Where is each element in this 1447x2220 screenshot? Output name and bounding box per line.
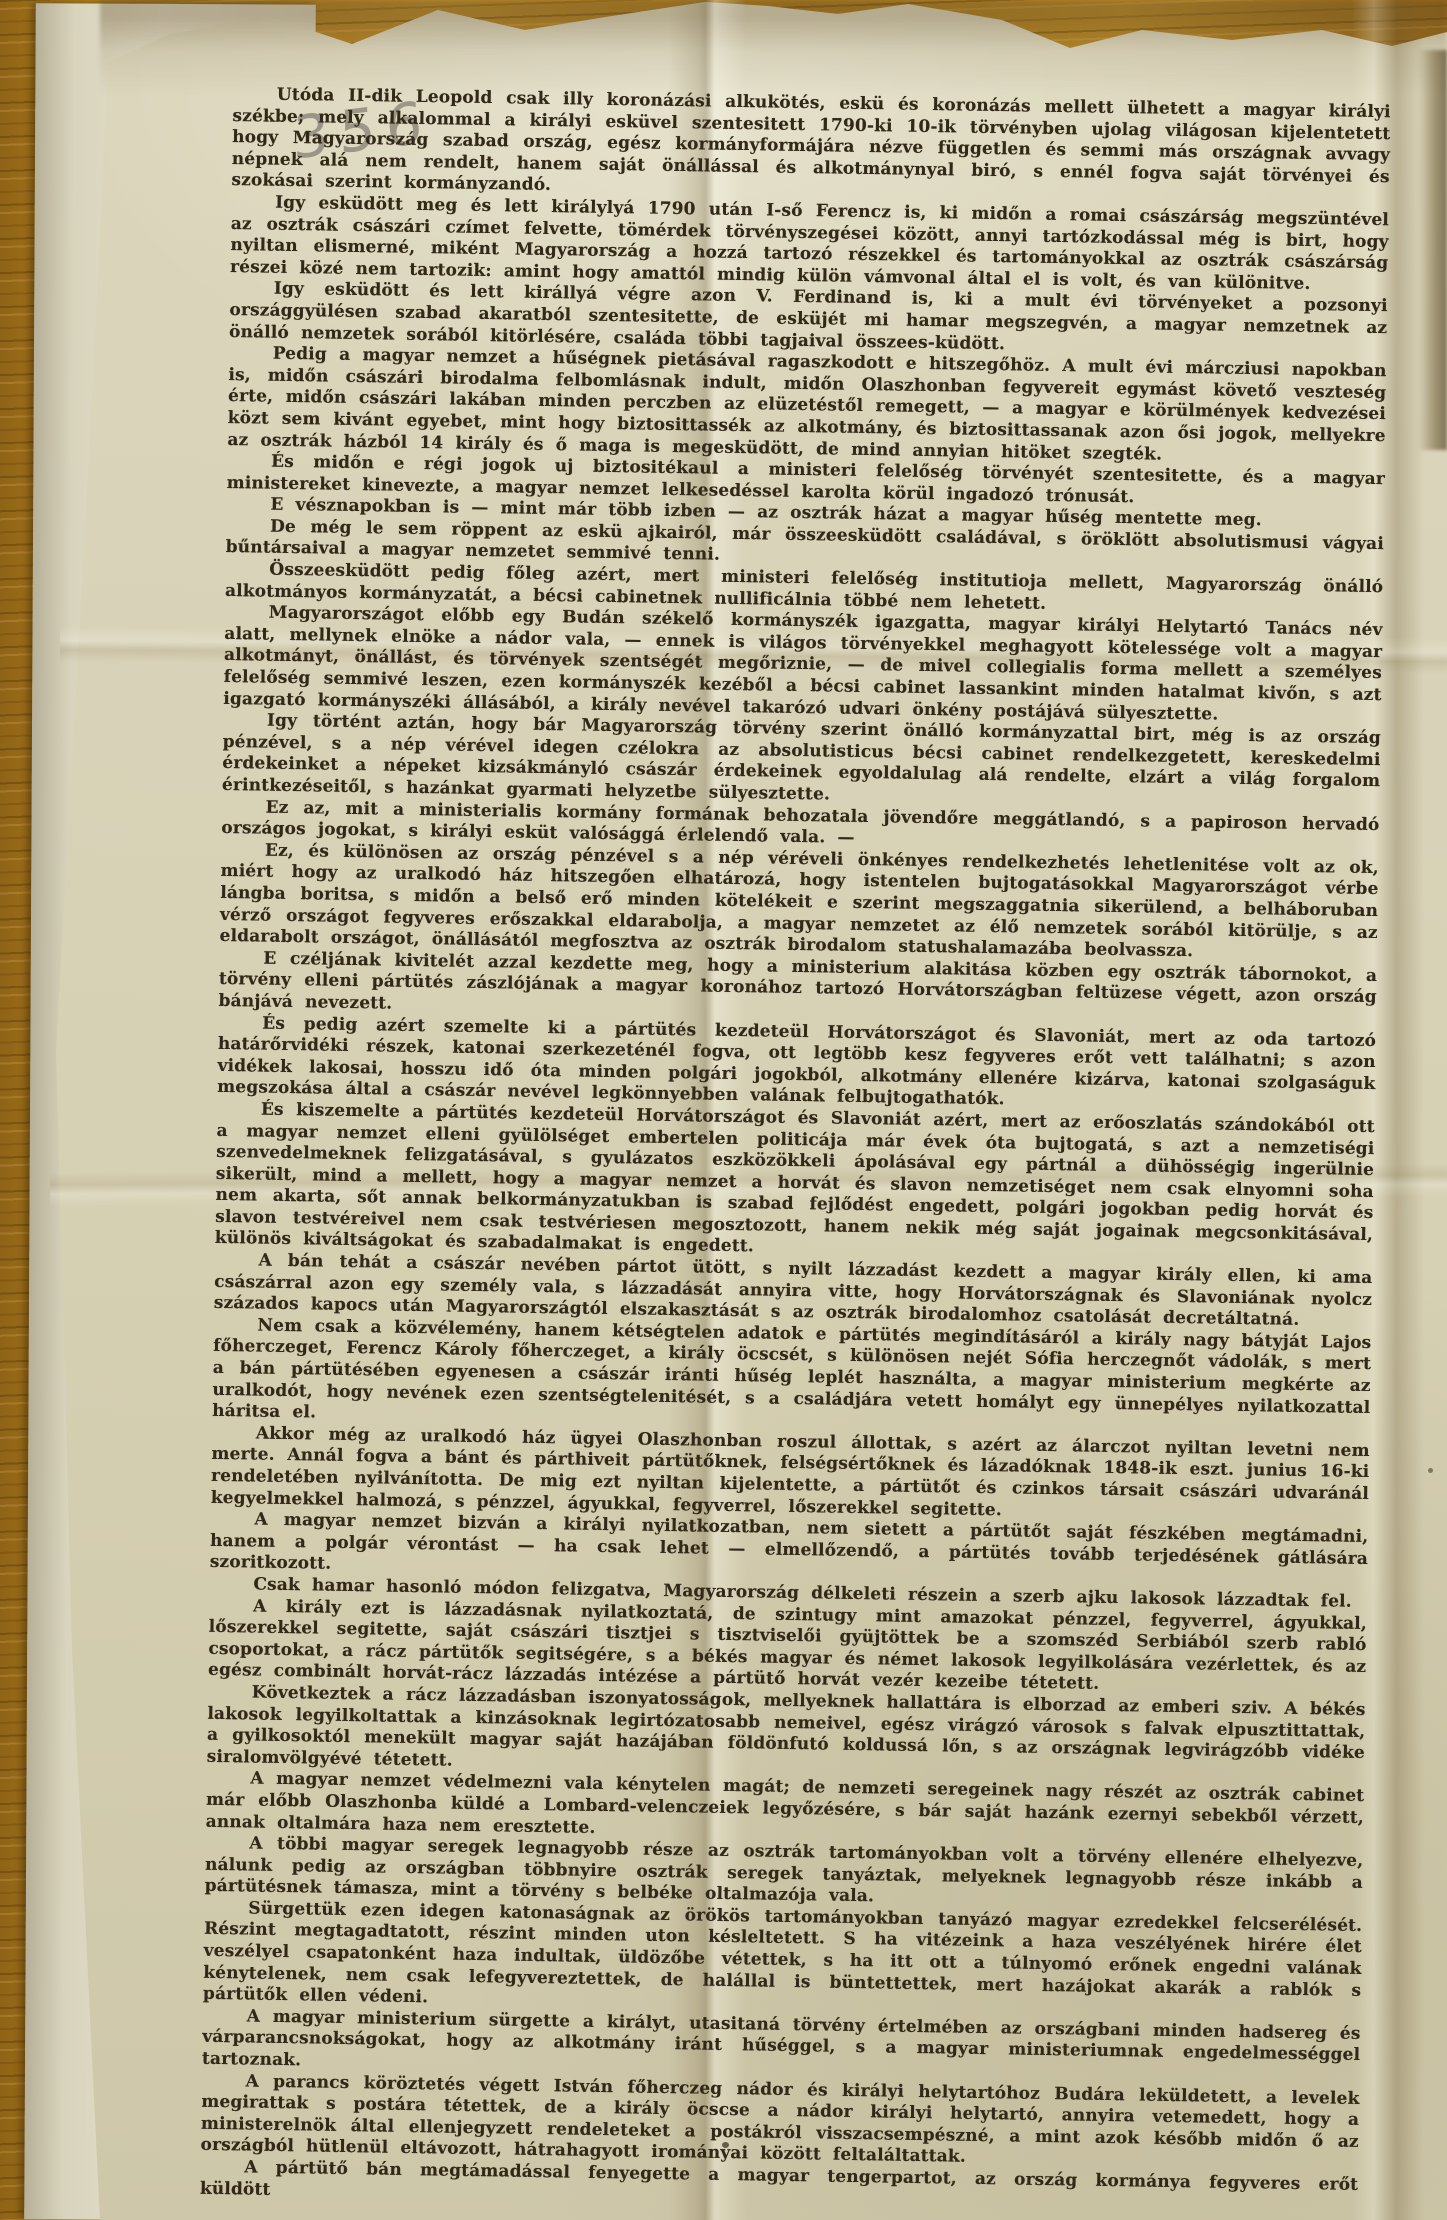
ink-speck <box>722 2142 729 2148</box>
right-edge-stain <box>1418 50 1447 450</box>
paragraph: Ez, és különösen az ország pénzével s a … <box>219 840 1379 966</box>
paragraph: És kiszemelte a pártütés kezdeteül Horvá… <box>215 1099 1375 1268</box>
paragraph: Magyarországot előbb egy Budán székelő k… <box>223 602 1383 728</box>
document-text: Utóda II-dik Leopold csak illy koronázás… <box>200 84 1391 2218</box>
paragraph: Pedig a magyar nemzet a hűségnek pietásá… <box>227 343 1387 469</box>
torn-top-edge-shadow <box>100 0 1447 95</box>
paragraph: Nem csak a közvélemény, hanem kétségtele… <box>212 1315 1372 1441</box>
paragraph: Sürgettük ezen idegen katonaságnak az ör… <box>203 1898 1363 2024</box>
photo-canvas: 356 Utóda II-dik Leopold csak illy koron… <box>0 0 1447 2220</box>
paragraph: Utóda II-dik Leopold csak illy koronázás… <box>231 84 1391 210</box>
ink-speck <box>1428 1468 1433 1473</box>
